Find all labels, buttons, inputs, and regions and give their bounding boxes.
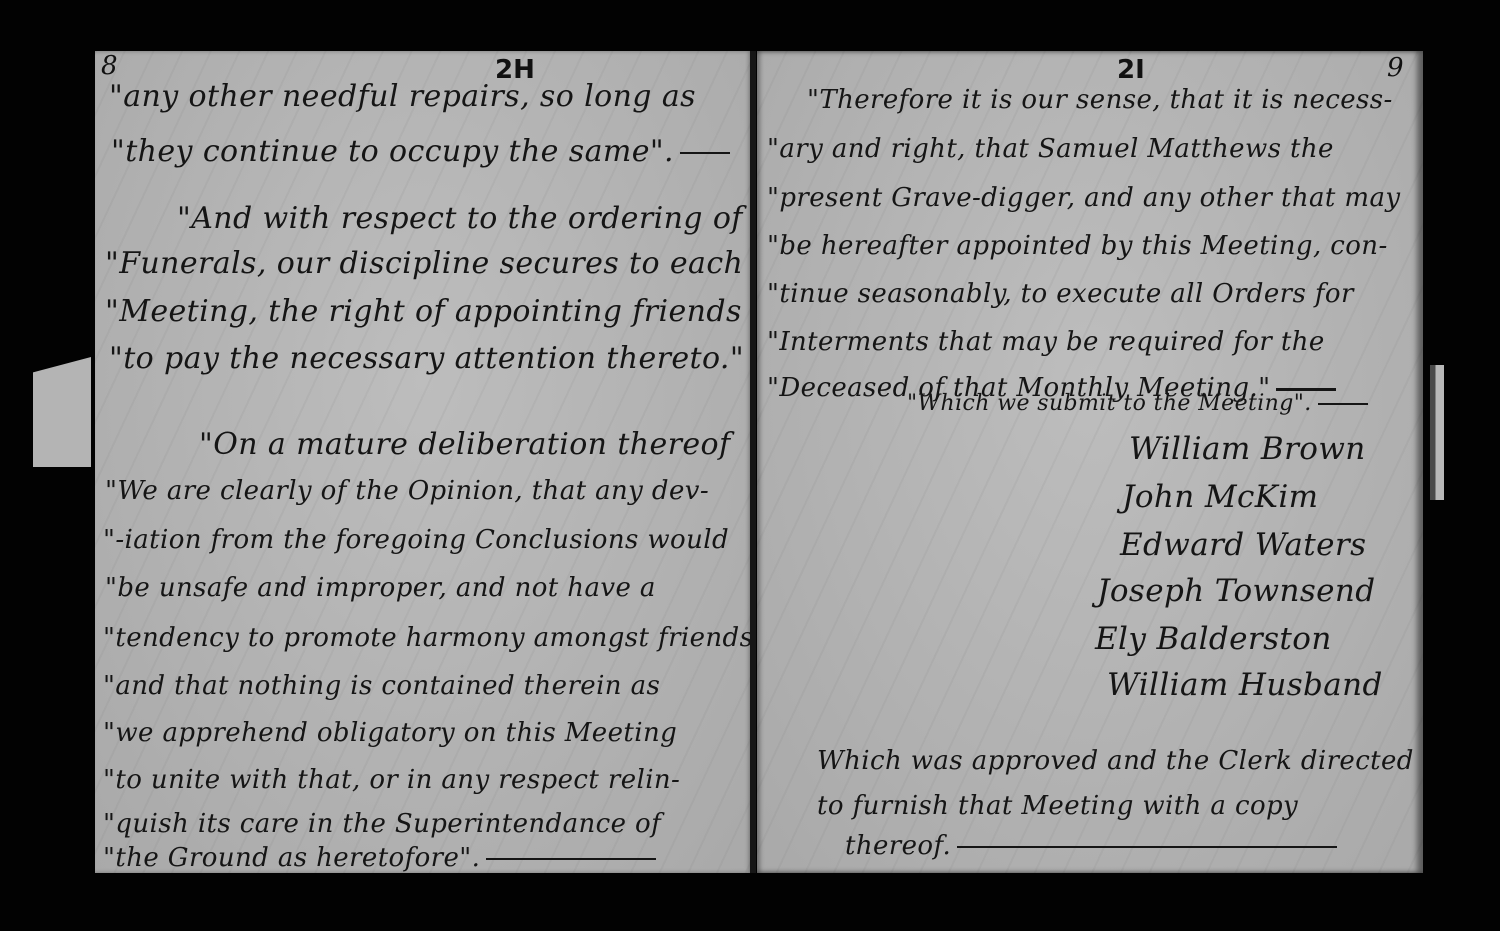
left-line-11: "tendency to promote harmony amongst fri…: [103, 623, 752, 653]
right-page: 2I 9 "Therefore it is our sense, that it…: [757, 51, 1423, 873]
left-line-16: "the Ground as heretofore".: [103, 843, 656, 873]
left-line-8: "We are clearly of the Opinion, that any…: [105, 476, 709, 506]
line-filler-dash: [957, 846, 1337, 848]
line-filler-dash: [1318, 403, 1368, 405]
signatory-2: John McKim: [1122, 479, 1318, 515]
signatory-1: William Brown: [1129, 431, 1366, 467]
left-line-16-text: "the Ground as heretofore".: [103, 843, 480, 873]
right-line-4: "be hereafter appointed by this Meeting,…: [767, 231, 1388, 261]
left-line-9: "-iation from the foregoing Conclusions …: [103, 525, 729, 555]
left-line-6: "to pay the necessary attention thereto.…: [109, 341, 744, 376]
right-line-8: "Which we submit to the Meeting".: [907, 391, 1368, 416]
left-folio-number: 8: [101, 51, 118, 81]
right-line-2: "ary and right, that Samuel Matthews the: [767, 134, 1334, 164]
left-line-12: "and that nothing is contained therein a…: [103, 671, 660, 701]
right-line-3: "present Grave-digger, and any other tha…: [767, 183, 1400, 213]
left-line-15: "quish its care in the Superintendance o…: [103, 809, 661, 839]
right-line-1: "Therefore it is our sense, that it is n…: [807, 85, 1393, 115]
right-folio-number: 9: [1387, 53, 1404, 83]
closing-line-3-text: thereof.: [845, 831, 951, 861]
closing-line-3: thereof.: [845, 831, 1337, 861]
left-line-13: "we apprehend obligatory on this Meeting: [103, 718, 677, 748]
signatory-3: Edward Waters: [1120, 527, 1366, 563]
signatory-6: William Husband: [1107, 667, 1383, 703]
right-line-8-text: "Which we submit to the Meeting".: [907, 391, 1312, 416]
book-binding-gutter: [750, 51, 756, 873]
signatory-5: Ely Balderston: [1095, 621, 1332, 657]
line-filler-dash: [680, 152, 730, 154]
left-line-7: "On a mature deliberation thereof: [199, 427, 731, 462]
scan-viewport: 8 2H "any other needful repairs, so long…: [0, 0, 1500, 931]
left-paper-tab: [33, 357, 91, 467]
signatory-4: Joseph Townsend: [1097, 573, 1376, 609]
left-line-2-text: "they continue to occupy the same".: [111, 134, 674, 169]
left-line-1: "any other needful repairs, so long as: [109, 79, 696, 114]
right-sheet-mark: 2I: [1117, 55, 1145, 85]
closing-line-1: Which was approved and the Clerk directe…: [817, 746, 1414, 776]
line-filler-dash: [486, 858, 656, 860]
left-line-4: "Funerals, our discipline secures to eac…: [105, 246, 743, 281]
left-page: 8 2H "any other needful repairs, so long…: [95, 51, 752, 873]
left-line-3: "And with respect to the ordering of: [177, 201, 743, 236]
right-paper-tab: [1430, 365, 1444, 500]
right-line-5: "tinue seasonably, to execute all Orders…: [767, 279, 1354, 309]
left-line-2: "they continue to occupy the same".: [111, 134, 730, 169]
left-line-5: "Meeting, the right of appointing friend…: [105, 294, 742, 329]
left-line-10: "be unsafe and improper, and not have a: [105, 573, 656, 603]
left-line-14: "to unite with that, or in any respect r…: [103, 765, 680, 795]
closing-line-2: to furnish that Meeting with a copy: [817, 791, 1298, 821]
right-line-6: "Interments that may be required for the: [767, 327, 1325, 357]
